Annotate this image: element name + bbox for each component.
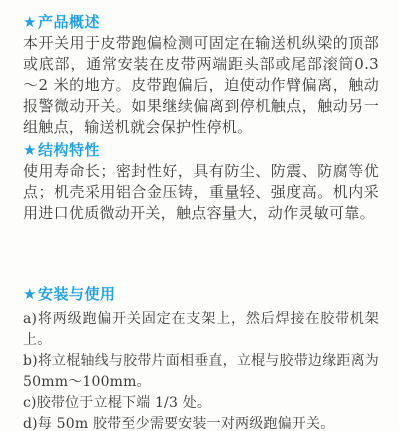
star-icon: ★ [23,13,37,31]
section-title-installation-usage: ★安装与使用 [23,284,379,304]
section-structural-features: ★结构特性 使用寿命长；密封性好，具有防尘、防震、防腐等优点；机壳采用铝合金压铸… [23,140,379,224]
section-title-structural-features: ★结构特性 [23,140,379,160]
installation-step-d: d)每 50m 胶带至少需要安装一对两级跑偏开关。 [23,414,379,431]
section-title-text: 安装与使用 [38,285,116,303]
installation-step-b: b)将立棍轴线与胶带片面相垂直，立棍与胶带边缘距离为50mm～100mm。 [23,351,379,393]
installation-step-c: c)胶带位于立棍下端 1/3 处。 [23,393,379,414]
section-title-text: 产品概述 [38,13,100,31]
installation-steps-list: a)将两级跑偏开关固定在支架上，然后焊接在胶带机架上。 b)将立棍轴线与胶带片面… [23,309,379,431]
section-product-overview: ★产品概述 本开关用于皮带跑偏检测可固定在输送机纵梁的顶部或底部，通常安装在皮带… [23,12,379,138]
product-overview-paragraph: 本开关用于皮带跑偏检测可固定在输送机纵梁的顶部或底部，通常安装在皮带两端距头部或… [23,33,379,138]
section-title-product-overview: ★产品概述 [23,12,379,32]
star-icon: ★ [23,141,37,159]
star-icon: ★ [23,285,37,303]
section-title-text: 结构特性 [38,141,100,159]
section-installation-usage: ★安装与使用 a)将两级跑偏开关固定在支架上，然后焊接在胶带机架上。 b)将立棍… [23,284,379,431]
installation-step-a: a)将两级跑偏开关固定在支架上，然后焊接在胶带机架上。 [23,309,379,351]
structural-features-paragraph: 使用寿命长；密封性好，具有防尘、防震、防腐等优点；机壳采用铝合金压铸，重量轻、强… [23,161,379,224]
document-page: ★产品概述 本开关用于皮带跑偏检测可固定在输送机纵梁的顶部或底部，通常安装在皮带… [0,0,399,431]
